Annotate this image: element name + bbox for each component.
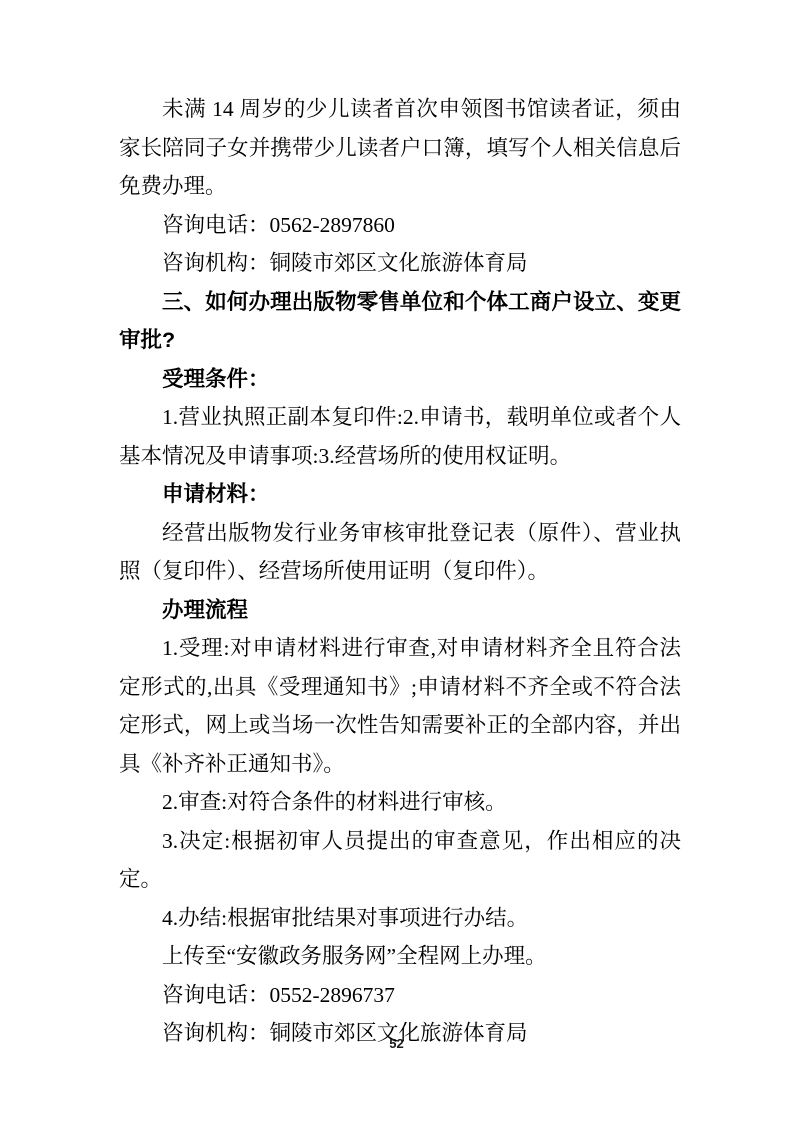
heading-paragraph: 申请材料： (119, 475, 681, 514)
body-paragraph: 经营出版物发行业务审核审批登记表（原件）、营业执照（复印件）、经营场所使用证明（… (119, 514, 681, 591)
body-paragraph: 2.审查:对符合条件的材料进行审核。 (119, 783, 681, 822)
body-paragraph: 咨询电话：0562-2897860 (119, 206, 681, 245)
body-paragraph: 上传至“安徽政务服务网”全程网上办理。 (119, 937, 681, 976)
heading-paragraph: 办理流程 (119, 591, 681, 630)
document-page: 未满 14 周岁的少儿读者首次申领图书馆读者证，须由家长陪同子女并携带少儿读者户… (0, 0, 793, 1122)
body-paragraph: 1.营业执照正副本复印件:2.申请书，载明单位或者个人基本情况及申请事项:3.经… (119, 398, 681, 475)
body-paragraph: 未满 14 周岁的少儿读者首次申领图书馆读者证，须由家长陪同子女并携带少儿读者户… (119, 90, 681, 206)
body-paragraph: 1.受理:对申请材料进行审查,对申请材料齐全且符合法定形式的,出具《受理通知书》… (119, 629, 681, 783)
heading-paragraph: 受理条件： (119, 360, 681, 399)
heading-paragraph: 三、如何办理出版物零售单位和个体工商户设立、变更审批? (119, 283, 681, 360)
body-paragraph: 咨询机构：铜陵市郊区文化旅游体育局 (119, 244, 681, 283)
body-paragraph: 3.决定:根据初审人员提出的审查意见，作出相应的决定。 (119, 822, 681, 899)
body-paragraph: 4.办结:根据审批结果对事项进行办结。 (119, 899, 681, 938)
body-paragraph: 咨询电话：0552-2896737 (119, 976, 681, 1015)
page-number: 52 (0, 1036, 793, 1051)
document-body: 未满 14 周岁的少儿读者首次申领图书馆读者证，须由家长陪同子女并携带少儿读者户… (119, 90, 681, 1053)
